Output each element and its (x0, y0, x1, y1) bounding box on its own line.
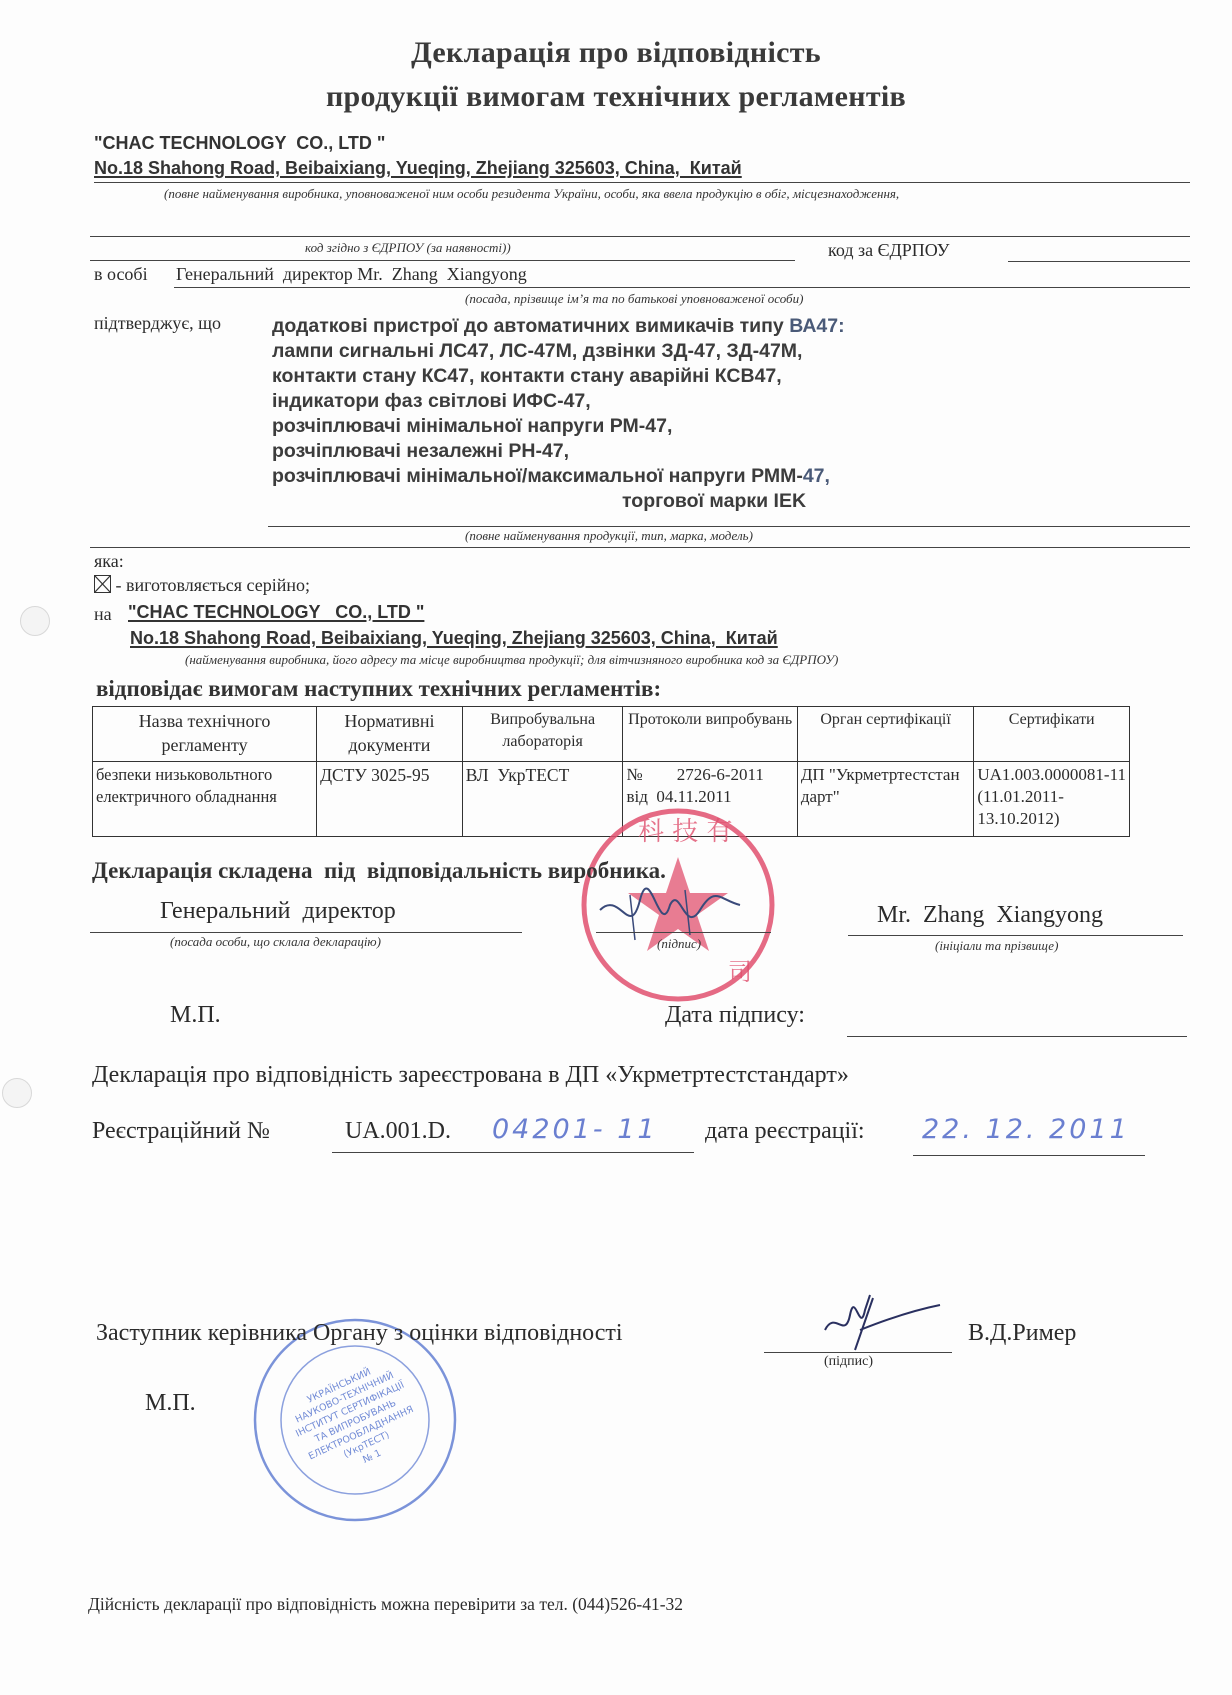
column-header: Орган сертифікації (797, 707, 974, 762)
cell-regulation: безпеки низьковольтного електричного обл… (93, 762, 317, 837)
production-prefix: на (94, 604, 112, 625)
authority-seal-label: М.П. (145, 1390, 196, 1417)
authority-signature (815, 1290, 945, 1360)
divider (90, 547, 1190, 548)
divider (94, 182, 1190, 183)
punch-hole (2, 1078, 32, 1108)
divider (596, 932, 771, 933)
product-hint: (повне найменування продукції, тип, марк… (465, 528, 753, 544)
document-title-line1: Декларація про відповідність (0, 36, 1232, 70)
declarant-position-hint: (посада особи, що склала декларацію) (170, 934, 381, 950)
sign-date-label: Дата підпису: (665, 1002, 805, 1029)
responsibility-statement: Декларація складена під відповідальність… (92, 858, 666, 884)
seal-label: М.П. (170, 1002, 221, 1029)
divider (90, 236, 1190, 237)
divider (764, 1352, 952, 1353)
representative-hint: (посада, прізвище ім’я та по батькові уп… (465, 291, 803, 307)
cell-documents: ДСТУ 3025-95 (317, 762, 463, 837)
registration-number-prefix: UA.001.D. (345, 1118, 451, 1145)
svg-text:科 技 有: 科 技 有 (638, 817, 733, 847)
svg-text:司: 司 (728, 958, 752, 986)
confirms-label: підтверджує, що (94, 313, 221, 334)
checked-checkbox-icon[interactable] (94, 575, 111, 593)
footer-verification-note: Дійсність декларації про відповідність м… (88, 1594, 683, 1615)
product-description: додаткові пристрої до автоматичних вимик… (272, 314, 845, 514)
manufacturer-name: "CHAC TECHNOLOGY CO., LTD " (94, 133, 385, 154)
divider (848, 935, 1183, 936)
registration-statement: Декларація про відповідність зареєстрова… (92, 1062, 849, 1089)
authority-position: Заступник керівника Органу з оцінки відп… (96, 1320, 623, 1347)
serial-production-option: - виготовляється серійно; (94, 575, 310, 596)
divider (174, 287, 1190, 288)
production-address: No.18 Shahong Road, Beibaixiang, Yueqing… (130, 628, 778, 649)
edrpou-label: код за ЄДРПОУ (828, 240, 949, 261)
authority-signature-hint: (підпис) (824, 1354, 873, 1370)
production-hint: (найменування виробника, його адресу та … (185, 652, 838, 668)
registration-date-label: дата реєстрації: (705, 1118, 865, 1145)
divider (268, 526, 1190, 527)
column-header: Випробувальна лабораторія (462, 707, 623, 762)
declarant-signature-hint: (підпис) (657, 936, 701, 952)
which-label: яка: (94, 551, 124, 572)
cell-certificate: UA1.003.0000081-11 (11.01.2011- 13.10.20… (974, 762, 1130, 837)
regulations-heading: відповідає вимогам наступних технічних р… (96, 676, 661, 702)
document-title-line2: продукції вимогам технічних регламентів (0, 80, 1232, 114)
registration-date-handwritten: 22. 12. 2011 (922, 1114, 1130, 1145)
declarant-name: Mr. Zhang Xiangyong (877, 902, 1103, 929)
manufacturer-hint: (повне найменування виробника, уповноваж… (164, 186, 899, 202)
representative-label: в особі (94, 264, 148, 285)
cell-certification-body: ДП "Укрметртестстан дарт" (797, 762, 974, 837)
column-header: Протоколи випробувань (623, 707, 797, 762)
edrpou-hint: код згідно з ЄДРПОУ (за наявності)) (305, 240, 511, 256)
registration-number-label: Реєстраційний № (92, 1118, 270, 1145)
column-header: Назва технічного регламенту (93, 707, 317, 762)
declarant-name-hint: (ініціали та прізвище) (935, 938, 1058, 954)
divider (90, 932, 522, 933)
edrpou-field[interactable] (1008, 261, 1190, 262)
registration-date-field[interactable] (913, 1155, 1145, 1156)
registration-number-handwritten: 04201- 11 (492, 1114, 658, 1145)
table-header-row: Назва технічного регламенту Нормативні д… (93, 707, 1130, 762)
column-header: Нормативні документи (317, 707, 463, 762)
divider (90, 260, 795, 261)
production-name: "CHAC TECHNOLOGY CO., LTD " (128, 602, 424, 623)
declarant-position: Генеральний директор (160, 898, 396, 925)
authority-name: В.Д.Ример (968, 1320, 1076, 1347)
representative-value: Генеральний директор Mr. Zhang Xiangyong (176, 264, 527, 285)
sign-date-field[interactable] (847, 1036, 1187, 1037)
manufacturer-address: No.18 Shahong Road, Beibaixiang, Yueqing… (94, 158, 742, 179)
punch-hole (20, 606, 50, 636)
column-header: Сертифікати (974, 707, 1130, 762)
registration-number-field[interactable] (332, 1152, 694, 1153)
